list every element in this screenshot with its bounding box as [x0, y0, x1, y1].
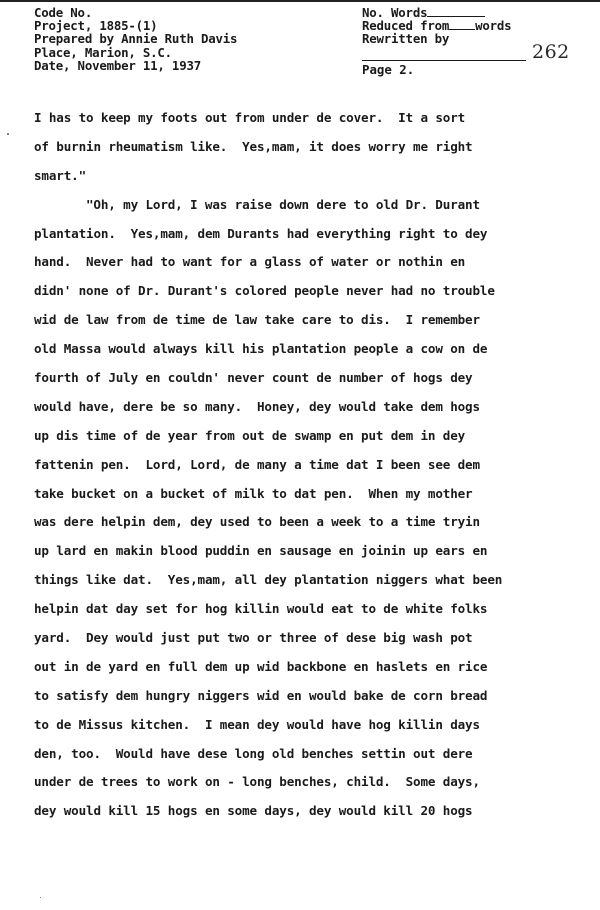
- text-line: I has to keep my foots out from under de…: [34, 104, 594, 133]
- text-line: smart.": [34, 162, 594, 191]
- text-line: up lard en makin blood puddin en sausage…: [34, 537, 594, 566]
- text-line: hand. Never had to want for a glass of w…: [34, 248, 594, 277]
- page-label: Page 2.: [362, 62, 414, 77]
- text-line: to satisfy dem hungry niggers wid en wou…: [34, 682, 594, 711]
- text-line: didn' none of Dr. Durant's colored peopl…: [34, 277, 594, 306]
- rewritten-by-label: Rewritten by: [362, 31, 449, 46]
- page-number-stamp: 262: [532, 41, 570, 63]
- text-line: helpin dat day set for hog killin would …: [34, 595, 594, 624]
- text-line: take bucket on a bucket of milk to dat p…: [34, 480, 594, 509]
- text-line: under de trees to work on - long benches…: [34, 768, 594, 797]
- date: Date, November 11, 1937: [34, 59, 237, 72]
- text-line: old Massa would always kill his plantati…: [34, 335, 594, 364]
- text-line: fattenin pen. Lord, Lord, de many a time…: [34, 451, 594, 480]
- text-line: to de Missus kitchen. I mean dey would h…: [34, 711, 594, 740]
- rewritten-by-line: Rewritten by: [362, 32, 511, 45]
- header-word-count: No. Words Reduced fromwords Rewritten by: [362, 6, 511, 46]
- text-line: "Oh, my Lord, I was raise down dere to o…: [34, 191, 594, 220]
- text-line: up dis time of de year from out de swamp…: [34, 422, 594, 451]
- text-line: out in de yard en full dem up wid backbo…: [34, 653, 594, 682]
- header-metadata: Code No. Project, 1885-(1) Prepared by A…: [34, 6, 237, 72]
- reduced-from-blank: [449, 19, 475, 30]
- text-line: plantation. Yes,mam, dem Durants had eve…: [34, 220, 594, 249]
- scan-speck: [7, 133, 9, 135]
- text-line: things like dat. Yes,mam, all dey planta…: [34, 566, 594, 595]
- prepared-by: Prepared by Annie Ruth Davis: [34, 32, 237, 45]
- text-line: wid de law from de time de law take care…: [34, 306, 594, 335]
- place: Place, Marion, S.C.: [34, 46, 237, 59]
- scan-speck: [40, 897, 41, 898]
- reduced-words-label: words: [475, 18, 511, 33]
- text-line: would have, dere be so many. Honey, dey …: [34, 393, 594, 422]
- text-line: of burnin rheumatism like. Yes,mam, it d…: [34, 133, 594, 162]
- text-line: den, too. Would have dese long old bench…: [34, 740, 594, 769]
- rewritten-by-rule: [362, 60, 526, 61]
- text-line: yard. Dey would just put two or three of…: [34, 624, 594, 653]
- text-line: dey would kill 15 hogs en some days, dey…: [34, 797, 594, 826]
- no-words-blank: [427, 6, 485, 17]
- transcript-body: I has to keep my foots out from under de…: [34, 104, 594, 826]
- text-line: was dere helpin dem, dey used to been a …: [34, 508, 594, 537]
- scan-top-edge: [0, 0, 600, 2]
- text-line: fourth of July en couldn' never count de…: [34, 364, 594, 393]
